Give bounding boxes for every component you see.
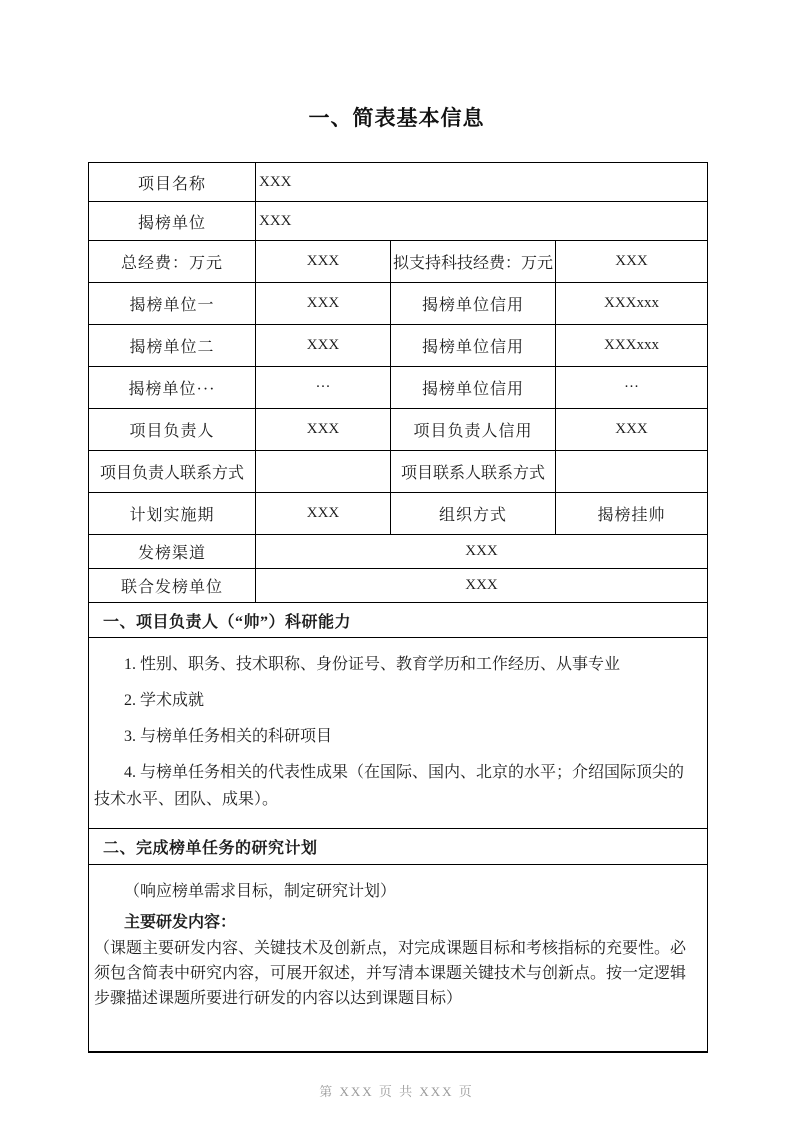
field-value: XXX <box>256 325 391 367</box>
field-value: XXX <box>256 493 391 535</box>
field-label: 项目联系人联系方式 <box>391 451 556 493</box>
field-label: 项目负责人信用 <box>391 409 556 451</box>
row-bidding-unit-1: 揭榜单位一 XXX 揭榜单位信用 XXXxxx <box>89 283 708 325</box>
field-label: 揭榜单位信用 <box>391 325 556 367</box>
section2-header-row: 二、完成榜单任务的研究计划 <box>89 829 708 865</box>
section1-content-row: 1. 性别、职务、技术职称、身份证号、教育学历和工作经历、从事专业 2. 学术成… <box>89 638 708 829</box>
field-label: 发榜渠道 <box>89 535 256 569</box>
field-value: XXXxxx <box>556 283 708 325</box>
field-value: XXX <box>256 569 708 603</box>
row-project-name: 项目名称 XXX <box>89 163 708 202</box>
field-value: ··· <box>556 367 708 409</box>
field-value <box>256 451 391 493</box>
field-value: XXXxxx <box>556 325 708 367</box>
section2-content-row: （响应榜单需求目标，制定研究计划） 主要研发内容： （课题主要研发内容、关键技术… <box>89 865 708 1053</box>
section2-content: （响应榜单需求目标，制定研究计划） 主要研发内容： （课题主要研发内容、关键技术… <box>89 865 708 1053</box>
field-label: 项目名称 <box>89 163 256 202</box>
section1-item-3: 3. 与榜单任务相关的科研项目 <box>94 723 699 750</box>
field-value: XXX <box>556 409 708 451</box>
row-announcement-channel: 发榜渠道 XXX <box>89 535 708 569</box>
section1-item-1: 1. 性别、职务、技术职称、身份证号、教育学历和工作经历、从事专业 <box>94 651 699 678</box>
field-value <box>556 451 708 493</box>
row-implementation-period: 计划实施期 XXX 组织方式 揭榜挂帅 <box>89 493 708 535</box>
row-contact-info: 项目负责人联系方式 项目联系人联系方式 <box>89 451 708 493</box>
field-label: 总经费：万元 <box>89 241 256 283</box>
field-value: XXX <box>256 535 708 569</box>
section1-content: 1. 性别、职务、技术职称、身份证号、教育学历和工作经历、从事专业 2. 学术成… <box>89 638 708 829</box>
field-label: 联合发榜单位 <box>89 569 256 603</box>
field-value: XXX <box>256 283 391 325</box>
field-label: 项目负责人联系方式 <box>89 451 256 493</box>
row-bidding-unit: 揭榜单位 XXX <box>89 202 708 241</box>
field-label: 揭榜单位一 <box>89 283 256 325</box>
field-value: XXX <box>256 163 708 202</box>
section1-item-2: 2. 学术成就 <box>94 687 699 714</box>
row-project-leader: 项目负责人 XXX 项目负责人信用 XXX <box>89 409 708 451</box>
page-footer: 第 XXX 页 共 XXX 页 <box>0 1081 793 1100</box>
document-page: 一、简表基本信息 项目名称 XXX 揭榜单位 XXX 总经费：万元 XXX 拟支… <box>0 0 793 1122</box>
field-value: 揭榜挂帅 <box>556 493 708 535</box>
field-label: 组织方式 <box>391 493 556 535</box>
section1-header: 一、项目负责人（“帅”）科研能力 <box>89 603 708 638</box>
field-label: 揭榜单位··· <box>89 367 256 409</box>
field-value: XXX <box>256 202 708 241</box>
field-label: 计划实施期 <box>89 493 256 535</box>
section1-header-row: 一、项目负责人（“帅”）科研能力 <box>89 603 708 638</box>
section2-note: （响应榜单需求目标，制定研究计划） <box>94 878 699 905</box>
page-title: 一、简表基本信息 <box>0 102 793 134</box>
section2-subheading: 主要研发内容： <box>94 909 699 936</box>
section1-item-4: 4. 与榜单任务相关的代表性成果（在国际、国内、北京的水平；介绍国际顶尖的技术水… <box>94 759 699 813</box>
section2-paragraph: （课题主要研发内容、关键技术及创新点，对完成课题目标和考核指标的充要性。必须包含… <box>94 936 699 1011</box>
field-label: 揭榜单位 <box>89 202 256 241</box>
field-label: 揭榜单位信用 <box>391 283 556 325</box>
section2-header: 二、完成榜单任务的研究计划 <box>89 829 708 865</box>
row-bidding-unit-more: 揭榜单位··· ··· 揭榜单位信用 ··· <box>89 367 708 409</box>
row-total-funding: 总经费：万元 XXX 拟支持科技经费：万元 XXX <box>89 241 708 283</box>
row-joint-announcement-unit: 联合发榜单位 XXX <box>89 569 708 603</box>
row-bidding-unit-2: 揭榜单位二 XXX 揭榜单位信用 XXXxxx <box>89 325 708 367</box>
field-value: ··· <box>256 367 391 409</box>
field-value: XXX <box>556 241 708 283</box>
field-value: XXX <box>256 241 391 283</box>
basic-info-table: 项目名称 XXX 揭榜单位 XXX 总经费：万元 XXX 拟支持科技经费：万元 … <box>88 162 708 1053</box>
field-label: 拟支持科技经费：万元 <box>391 241 556 283</box>
field-label: 揭榜单位二 <box>89 325 256 367</box>
field-label: 揭榜单位信用 <box>391 367 556 409</box>
field-label: 项目负责人 <box>89 409 256 451</box>
field-value: XXX <box>256 409 391 451</box>
